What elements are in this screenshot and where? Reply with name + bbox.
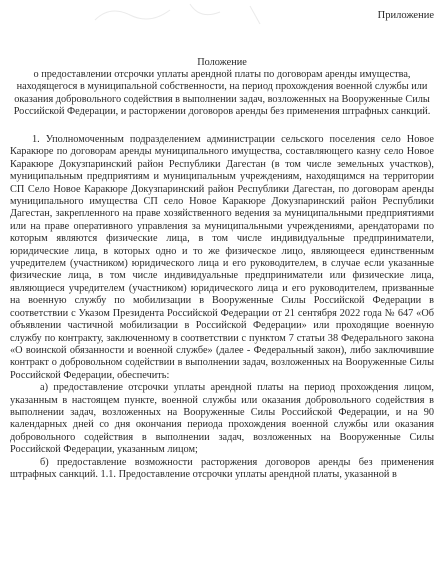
paragraph-1: 1. Уполномоченным подразделением админис… bbox=[10, 134, 434, 382]
appendix-label: Приложение bbox=[378, 10, 434, 21]
faded-stamp-mark bbox=[90, 0, 290, 28]
paragraph-b: б) предоставление возможности расторжени… bbox=[10, 457, 434, 482]
document-page: Приложение Положение о предоставлении от… bbox=[0, 0, 444, 566]
document-heading: Положение bbox=[10, 57, 434, 69]
document-subtitle: о предоставлении отсрочки уплаты арендно… bbox=[10, 69, 434, 118]
document-body: 1. Уполномоченным подразделением админис… bbox=[10, 134, 434, 481]
paragraph-a: а) предоставление отсрочки уплаты арендн… bbox=[10, 382, 434, 456]
document-title-block: Положение о предоставлении отсрочки упла… bbox=[10, 57, 434, 118]
